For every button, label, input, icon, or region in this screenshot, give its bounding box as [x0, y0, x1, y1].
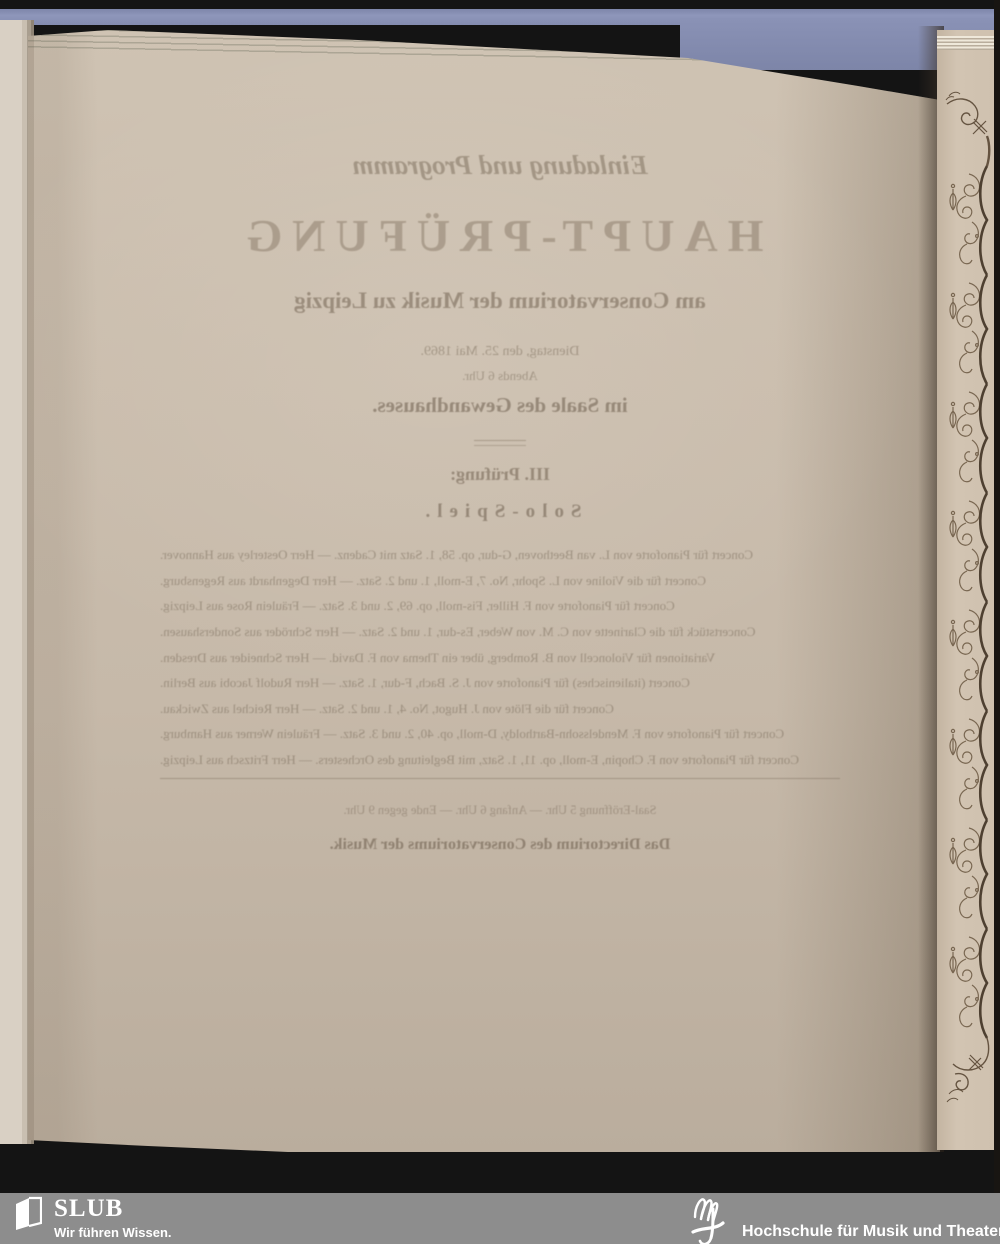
- doc-section-heading: III. Prüfung:: [160, 464, 840, 485]
- doc-horizontal-rule: [160, 778, 840, 779]
- program-entry: Concert für Pianoforte von L. van Beetho…: [160, 547, 840, 564]
- doc-title: HAUPT-PRÜFUNG: [160, 209, 840, 262]
- viewer-footer-bar: SLUB Wir führen Wissen. Hochschule für M…: [0, 1193, 1000, 1244]
- facing-page-edge: [937, 30, 994, 1150]
- scan-right-edge: [994, 0, 1000, 1244]
- doc-header-line1: Einladung und Programm: [160, 150, 840, 181]
- program-entry: Concertstück für die Clarinette von C. M…: [160, 624, 840, 641]
- doc-times-line: Saal-Eröffnung 5 Uhr. — Anfang 6 Uhr. — …: [160, 803, 840, 818]
- book-page-scan[interactable]: Einladung und Programm HAUPT-PRÜFUNG am …: [28, 26, 940, 1154]
- program-entry: Concert für Pianoforte von F. Mendelssoh…: [160, 726, 840, 743]
- hfmt-label: Hochschule für Musik und Theater Leipzig: [742, 1223, 1000, 1241]
- program-list: Concert für Pianoforte von L. van Beetho…: [160, 547, 840, 769]
- bleed-through-text: Einladung und Programm HAUPT-PRÜFUNG am …: [160, 26, 840, 1154]
- hfmt-logo-icon: [688, 1193, 726, 1244]
- program-entry: Variationen für Violoncell von B. Romber…: [160, 650, 840, 667]
- program-entry: Concert für die Flöte von J. Hugot, No. …: [160, 701, 840, 718]
- doc-venue-line: im Saale des Gewandhauses.: [160, 393, 840, 418]
- slub-book-icon: [16, 1196, 42, 1232]
- program-entry: Concert (italienisches) für Pianoforte v…: [160, 675, 840, 692]
- program-entry: Concert für Pianoforte von F. Hiller, Fi…: [160, 598, 840, 615]
- program-entry: Concert für Pianoforte von F. Chopin, E-…: [160, 752, 840, 769]
- doc-section-subheading: Solo-Spiel.: [160, 501, 840, 523]
- digitized-book-viewer: Einladung und Programm HAUPT-PRÜFUNG am …: [0, 0, 1000, 1244]
- program-entry: Concert für die Violine von L. Spohr, No…: [160, 573, 840, 590]
- doc-header-line2: am Conservatorium der Musik zu Leipzig: [160, 288, 840, 314]
- doc-divider: [474, 440, 526, 446]
- page-border-ornament: [943, 58, 993, 1148]
- facing-page-top-edges: [937, 36, 994, 50]
- doc-signature: Das Directorium des Conservatoriums der …: [160, 836, 840, 854]
- slub-tagline: Wir führen Wissen.: [54, 1225, 172, 1240]
- doc-date-line: Dienstag, den 25. Mai 1869.: [160, 344, 840, 360]
- hfmt-logo-link[interactable]: Hochschule für Musik und Theater Leipzig: [688, 1193, 1000, 1244]
- slub-wordmark: SLUB: [54, 1196, 172, 1222]
- slub-logo-link[interactable]: SLUB Wir führen Wissen.: [16, 1196, 172, 1240]
- doc-time-line: Abends 6 Uhr.: [160, 368, 840, 384]
